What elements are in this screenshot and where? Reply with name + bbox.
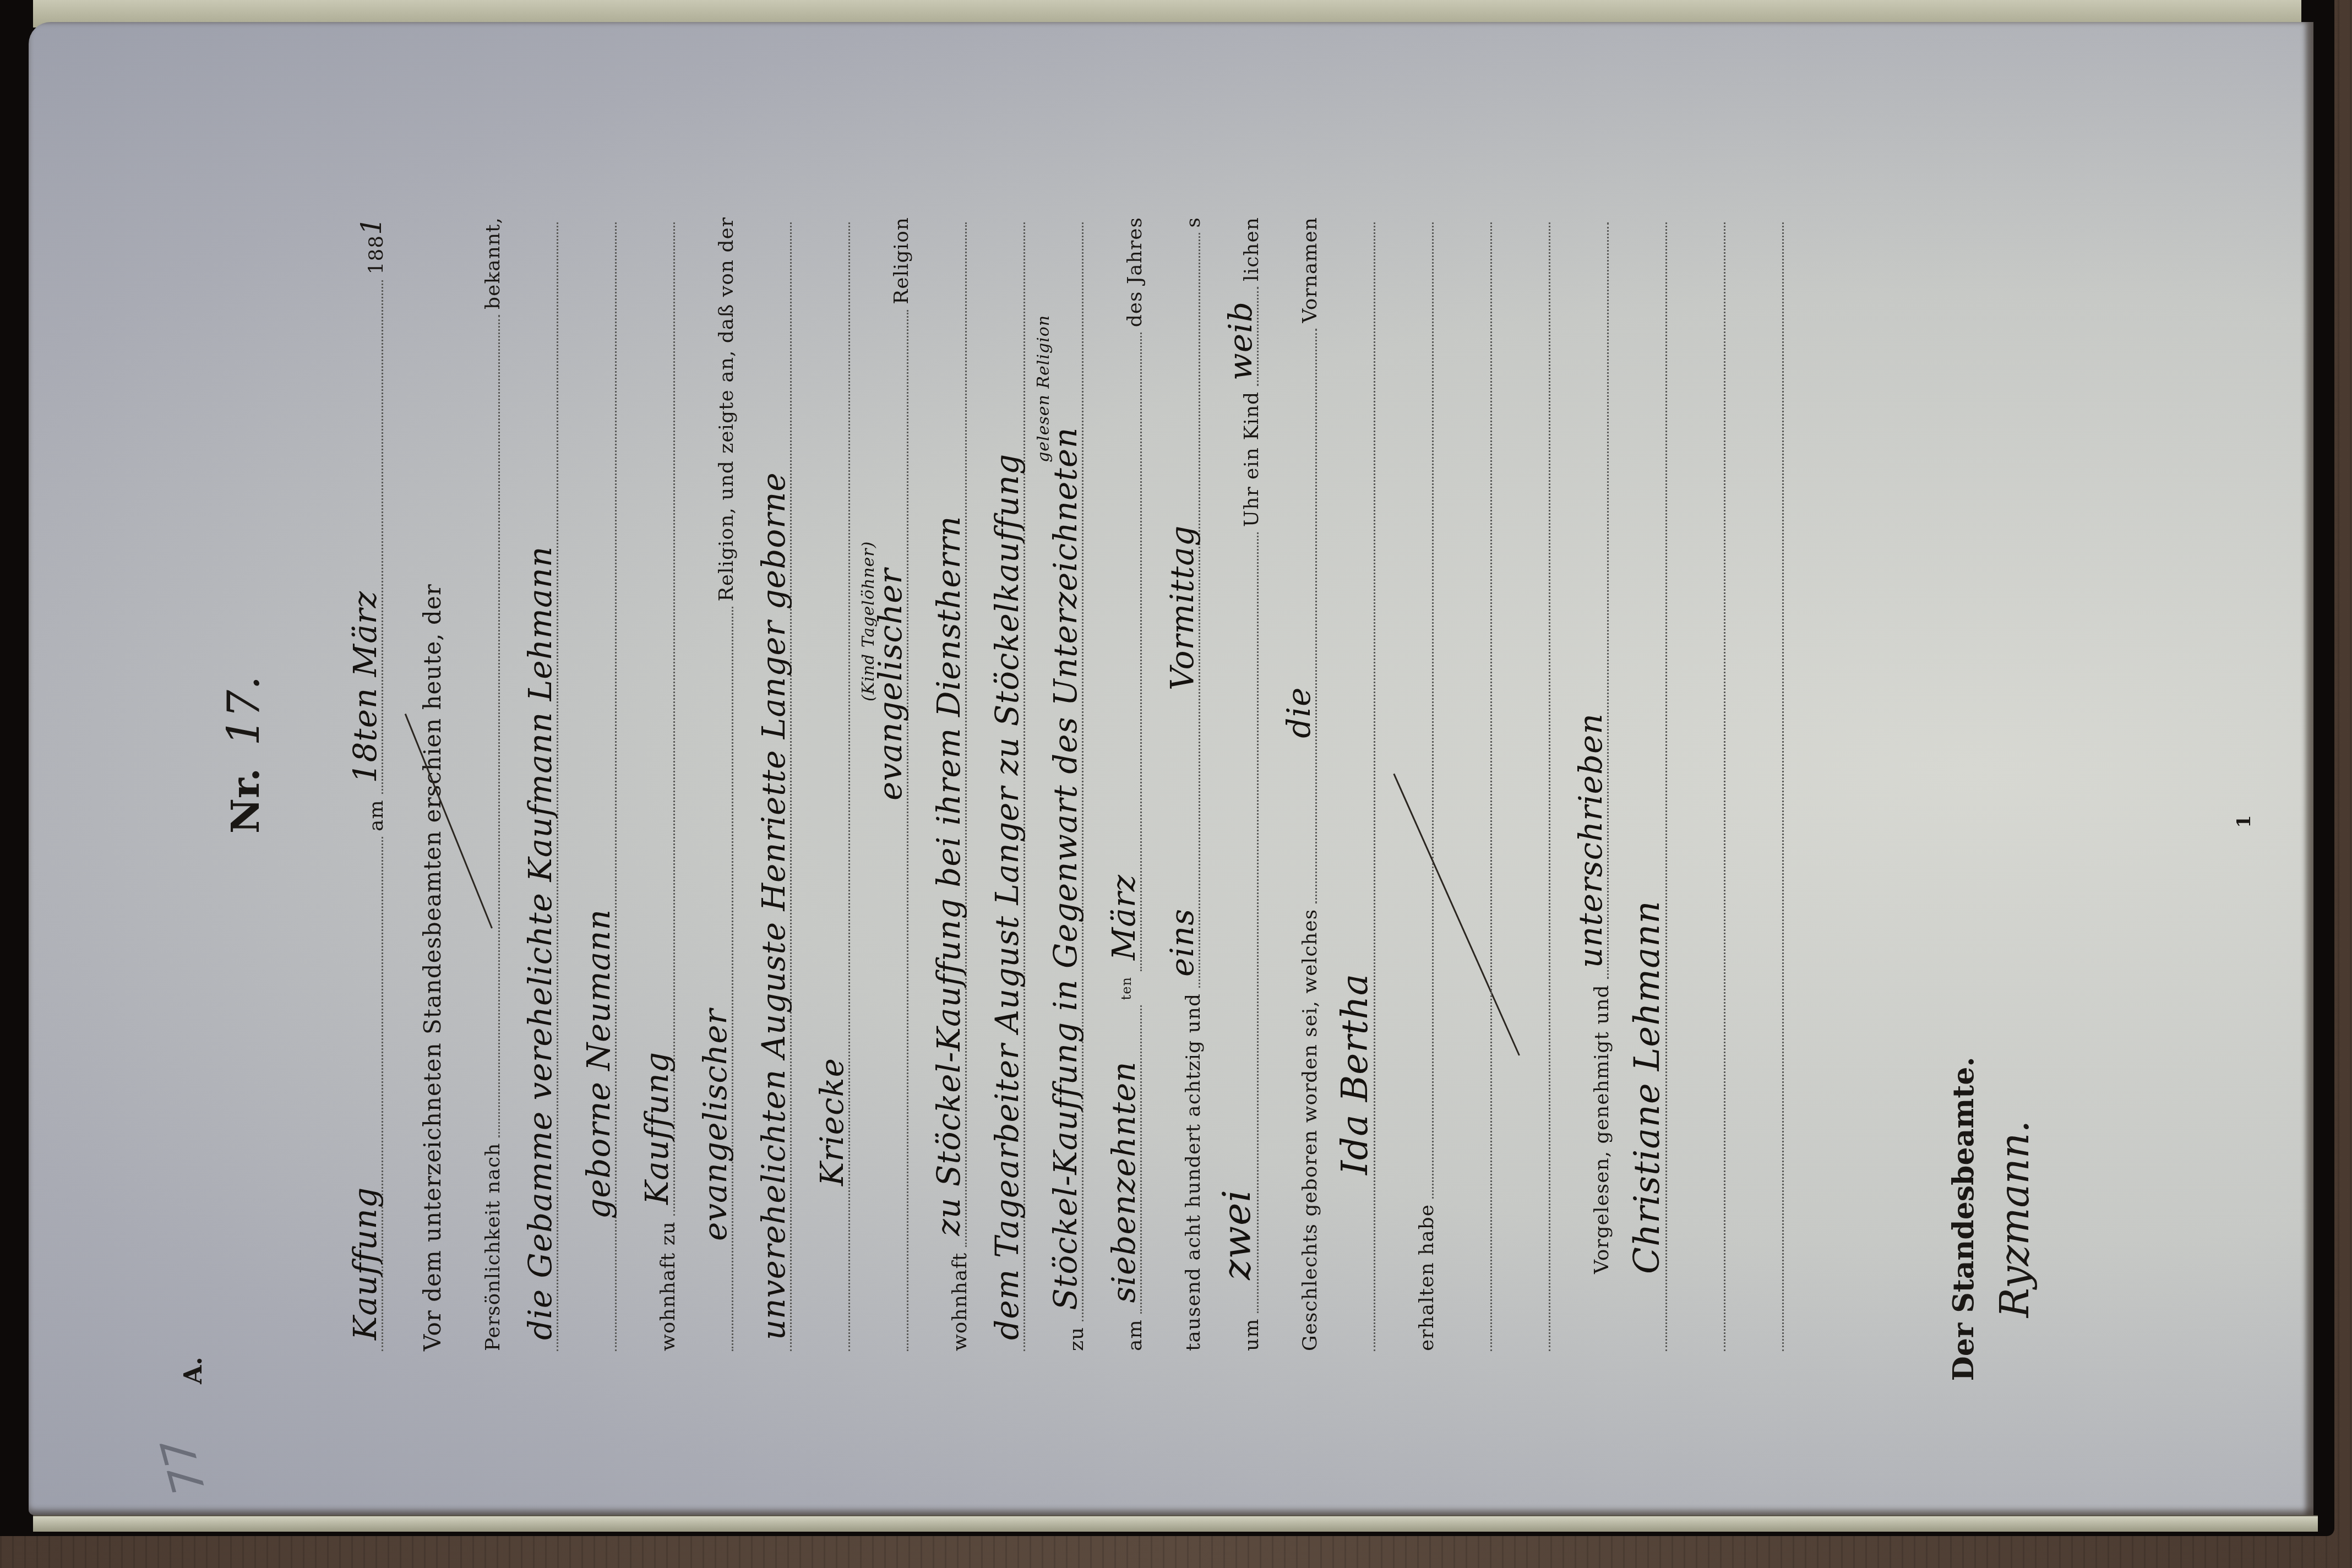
pronoun-field: die <box>1259 329 1317 903</box>
birthplace-label: zu <box>1065 1327 1092 1351</box>
received-field <box>1375 222 1434 1199</box>
year-suffix: 1 <box>356 217 392 235</box>
mother-maiden-value: Kriecke <box>813 1058 851 1186</box>
sex-field: weib <box>1200 287 1259 386</box>
year-label: 188 <box>365 235 392 275</box>
birthyear-field: eins Vormittag <box>1142 233 1200 988</box>
child-name-field: Ida Bertha <box>1317 222 1375 1351</box>
am-label: am <box>365 799 392 831</box>
document-content: 77 A. Nr. 17. Kauffung am 18ten März 188… <box>75 41 2277 1527</box>
registrar-signature: Ryzmann. <box>1991 1054 2038 1384</box>
mother-field: unverehelichten Auguste Henriette Langer… <box>733 222 792 1351</box>
form-line-place-date: Kauffung am 18ten März 188 1 <box>334 217 392 1351</box>
mother-religion-value: evangelischer <box>872 568 909 801</box>
um-label: um <box>1240 1319 1267 1351</box>
record-number: 17. <box>218 676 269 746</box>
employer-value: dem Tagearbeiter August Langer zu Stöcke… <box>988 454 1026 1340</box>
blank-field <box>1725 222 1784 1351</box>
informant-field: die Gebamme verehelichte Kaufmann Lehman… <box>500 222 558 1351</box>
birthyear-value: eins <box>1163 908 1201 977</box>
time-of-day-value: Vormittag <box>1163 525 1201 690</box>
s-suffix: s <box>1182 217 1209 227</box>
residence-value: Kauffung <box>638 1052 676 1205</box>
sex-value: weib <box>1222 301 1259 380</box>
birthplace-value: Stöckel-Kauffung in Gegenwart des Unterz… <box>1047 427 1084 1310</box>
informant-maiden-field: geborne Neumann <box>558 222 617 1351</box>
registry-form: Kauffung am 18ten März 188 1 Vor dem unt… <box>334 217 1793 1351</box>
form-letter: A. <box>179 1357 208 1384</box>
form-line-blank-4 <box>1734 217 1793 1351</box>
mother-residence-value: zu Stöckel-Kauffung bei ihrem Dienstherr… <box>930 516 967 1236</box>
religion-value: evangelischer <box>696 1009 734 1241</box>
blank-field <box>1434 222 1492 1351</box>
date-value: 18ten März <box>346 591 384 783</box>
identity-field <box>442 315 500 1137</box>
birthdate-am-label: am <box>1124 1319 1151 1351</box>
mother-value: unverehelichten Auguste Henriette Langer… <box>755 472 792 1340</box>
mother-maiden-field: Kriecke <box>792 222 850 1351</box>
birthplace-field: gelesen Religion Stöckel-Kauffung in Geg… <box>1025 222 1084 1321</box>
informant-value: die Gebamme verehelichte Kaufmann Lehman… <box>521 546 559 1340</box>
blank-field <box>1667 222 1725 1351</box>
birth-month-value: März <box>1105 874 1142 960</box>
birthday-value: siebenzehnten <box>1105 1061 1142 1303</box>
birthday-field: siebenzehnten <box>1084 1005 1142 1314</box>
date-field: 18ten März <box>325 280 383 794</box>
record-number-heading: Nr. 17. <box>218 676 269 834</box>
registrar-signature-block: Der Standesbeamte. Ryzmann. <box>1947 1054 2038 1384</box>
employer-field: dem Tagearbeiter August Langer zu Stöcke… <box>967 222 1025 1351</box>
hour-value: zwei <box>1214 1189 1259 1280</box>
pencil-page-number: 77 <box>151 1433 215 1500</box>
informant-signature-field: Christiane Lehmann <box>1609 222 1667 1351</box>
informant-maiden-value: geborne Neumann <box>580 909 617 1219</box>
registrar-title: Der Standesbeamte. <box>1947 1054 1980 1384</box>
record-number-prefix: Nr. <box>222 768 268 834</box>
page-number: 1 <box>2233 815 2255 828</box>
pronoun-value: die <box>1280 687 1317 738</box>
mother-residence-field: zu Stöckel-Kauffung bei ihrem Dienstherr… <box>908 222 967 1247</box>
place-field: Kauffung <box>325 837 383 1351</box>
informant-signature: Christiane Lehmann <box>1627 900 1668 1274</box>
mother-religion-field: (Kind Tagelöhner) evangelischer <box>850 310 908 1351</box>
residence-field: Kauffung <box>617 222 675 1216</box>
lichen-suffix: lichen <box>1240 217 1267 281</box>
birth-month-field: März <box>1084 333 1142 971</box>
place-value: Kauffung <box>346 1187 384 1340</box>
blank-field <box>1492 222 1550 1351</box>
child-name-value: Ida Bertha <box>1333 973 1376 1175</box>
closing-handwritten: unterschrieben <box>1572 713 1609 968</box>
religion-field: evangelischer <box>675 607 733 1351</box>
closing-field: unterschrieben <box>1550 222 1609 979</box>
hour-field: zwei <box>1200 532 1259 1313</box>
